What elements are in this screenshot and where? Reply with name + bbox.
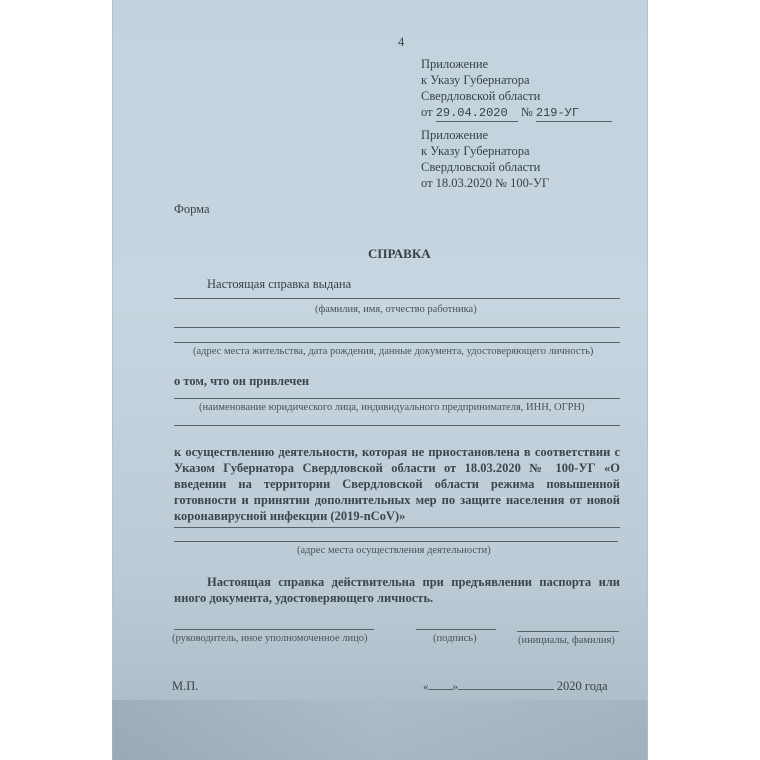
hint-activity-address: (адрес места осуществления деятельности) <box>297 545 491 556</box>
employer-field-line-2[interactable] <box>174 425 620 426</box>
appendix-number: 219-УГ <box>536 105 612 122</box>
activity-address-line-2[interactable] <box>174 541 618 542</box>
appendix-old-line: от 18.03.2020 № 100-УГ <box>421 175 549 191</box>
appendix-old: Приложение к Указу Губернатора Свердловс… <box>421 127 549 191</box>
page-number: 4 <box>398 34 404 50</box>
appendix-new-date-line: от 29.04.2020 № 219-УГ <box>421 104 612 122</box>
activity-paragraph: к осуществлению деятельности, которая не… <box>174 444 620 524</box>
activity-address-line-1[interactable] <box>174 527 620 528</box>
close-quote: » <box>453 681 459 693</box>
head-signature-line[interactable] <box>174 629 374 630</box>
appendix-new-line: к Указу Губернатора <box>421 72 612 88</box>
hint-initials: (инициалы, фамилия) <box>518 635 615 646</box>
stamp-label: М.П. <box>172 678 198 694</box>
appendix-new-line: Приложение <box>421 56 612 72</box>
address-field-line-2[interactable] <box>174 342 620 343</box>
hint-fio: (фамилия, имя, отчество работника) <box>315 304 477 315</box>
date-prefix: от <box>421 105 433 119</box>
appendix-old-line: Свердловской области <box>421 159 549 175</box>
form-label: Форма <box>174 201 210 217</box>
validity-paragraph: Настоящая справка действительна при пред… <box>174 574 620 606</box>
appendix-new-line: Свердловской области <box>421 88 612 104</box>
year-suffix: 2020 года <box>557 679 608 693</box>
hint-signature: (подпись) <box>433 633 477 644</box>
hint-employer: (наименование юридического лица, индивид… <box>199 402 585 413</box>
hint-address: (адрес места жительства, дата рождения, … <box>193 346 593 357</box>
footer-date: «» 2020 года <box>423 678 608 695</box>
engaged-label: о том, что он привлечен <box>174 373 309 389</box>
appendix-date: 29.04.2020 <box>436 105 518 122</box>
day-field[interactable] <box>429 689 453 690</box>
document-title: СПРАВКА <box>368 246 431 262</box>
fio-field-line[interactable] <box>174 298 620 299</box>
month-field[interactable] <box>458 689 554 690</box>
issued-to-label: Настоящая справка выдана <box>207 276 351 292</box>
address-field-line-1[interactable] <box>174 327 620 328</box>
appendix-new: Приложение к Указу Губернатора Свердловс… <box>421 56 612 122</box>
appendix-old-line: Приложение <box>421 127 549 143</box>
open-quote: « <box>423 681 429 693</box>
signature-line[interactable] <box>416 629 496 630</box>
employer-field-line-1[interactable] <box>174 398 620 399</box>
number-prefix: № <box>521 105 533 119</box>
initials-line[interactable] <box>517 631 619 632</box>
hint-head: (руководитель, иное уполномоченное лицо) <box>172 633 367 644</box>
appendix-old-line: к Указу Губернатора <box>421 143 549 159</box>
